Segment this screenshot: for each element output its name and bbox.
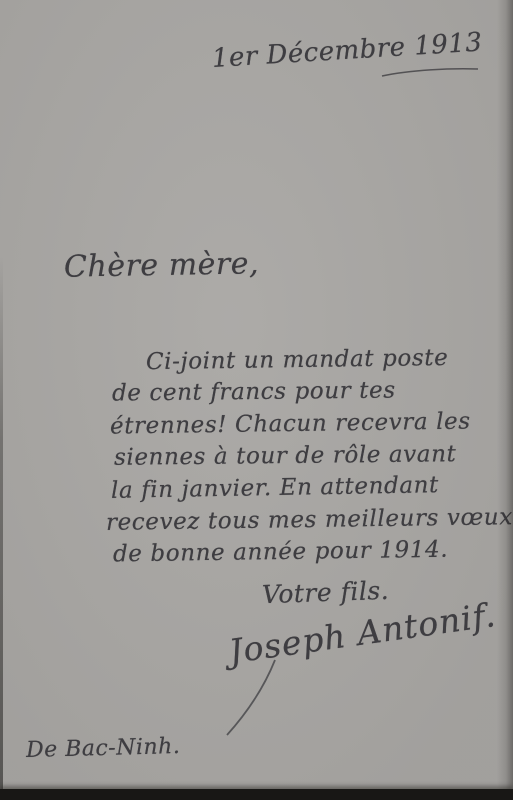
closing: Votre fils. <box>262 576 390 609</box>
date-line: 1er Décembre 1913 <box>211 27 483 73</box>
left-edge-line <box>0 0 3 800</box>
body-line: siennes à tour de rôle avant <box>114 438 457 474</box>
body-line: de cent francs pour tes <box>112 375 396 410</box>
body-line: Ci-joint un mandat poste <box>146 342 449 378</box>
body-line: recevez tous mes meilleurs vœux <box>106 501 513 539</box>
body-line: étrennes! Chacun recevra les <box>110 405 471 442</box>
date-underline-flourish <box>380 62 480 82</box>
salutation: Chère mère, <box>64 246 260 284</box>
bottom-edge-shadow <box>0 789 513 800</box>
body-line: de bonne année pour 1914. <box>113 534 449 571</box>
origin-note: De Bac-Ninh. <box>26 734 181 763</box>
signature-flourish <box>215 655 305 740</box>
body-line: la fin janvier. En attendant <box>111 469 439 507</box>
letter-page: 1er Décembre 1913 Chère mère, Ci-joint u… <box>0 0 513 800</box>
right-edge-shadow <box>497 0 513 800</box>
